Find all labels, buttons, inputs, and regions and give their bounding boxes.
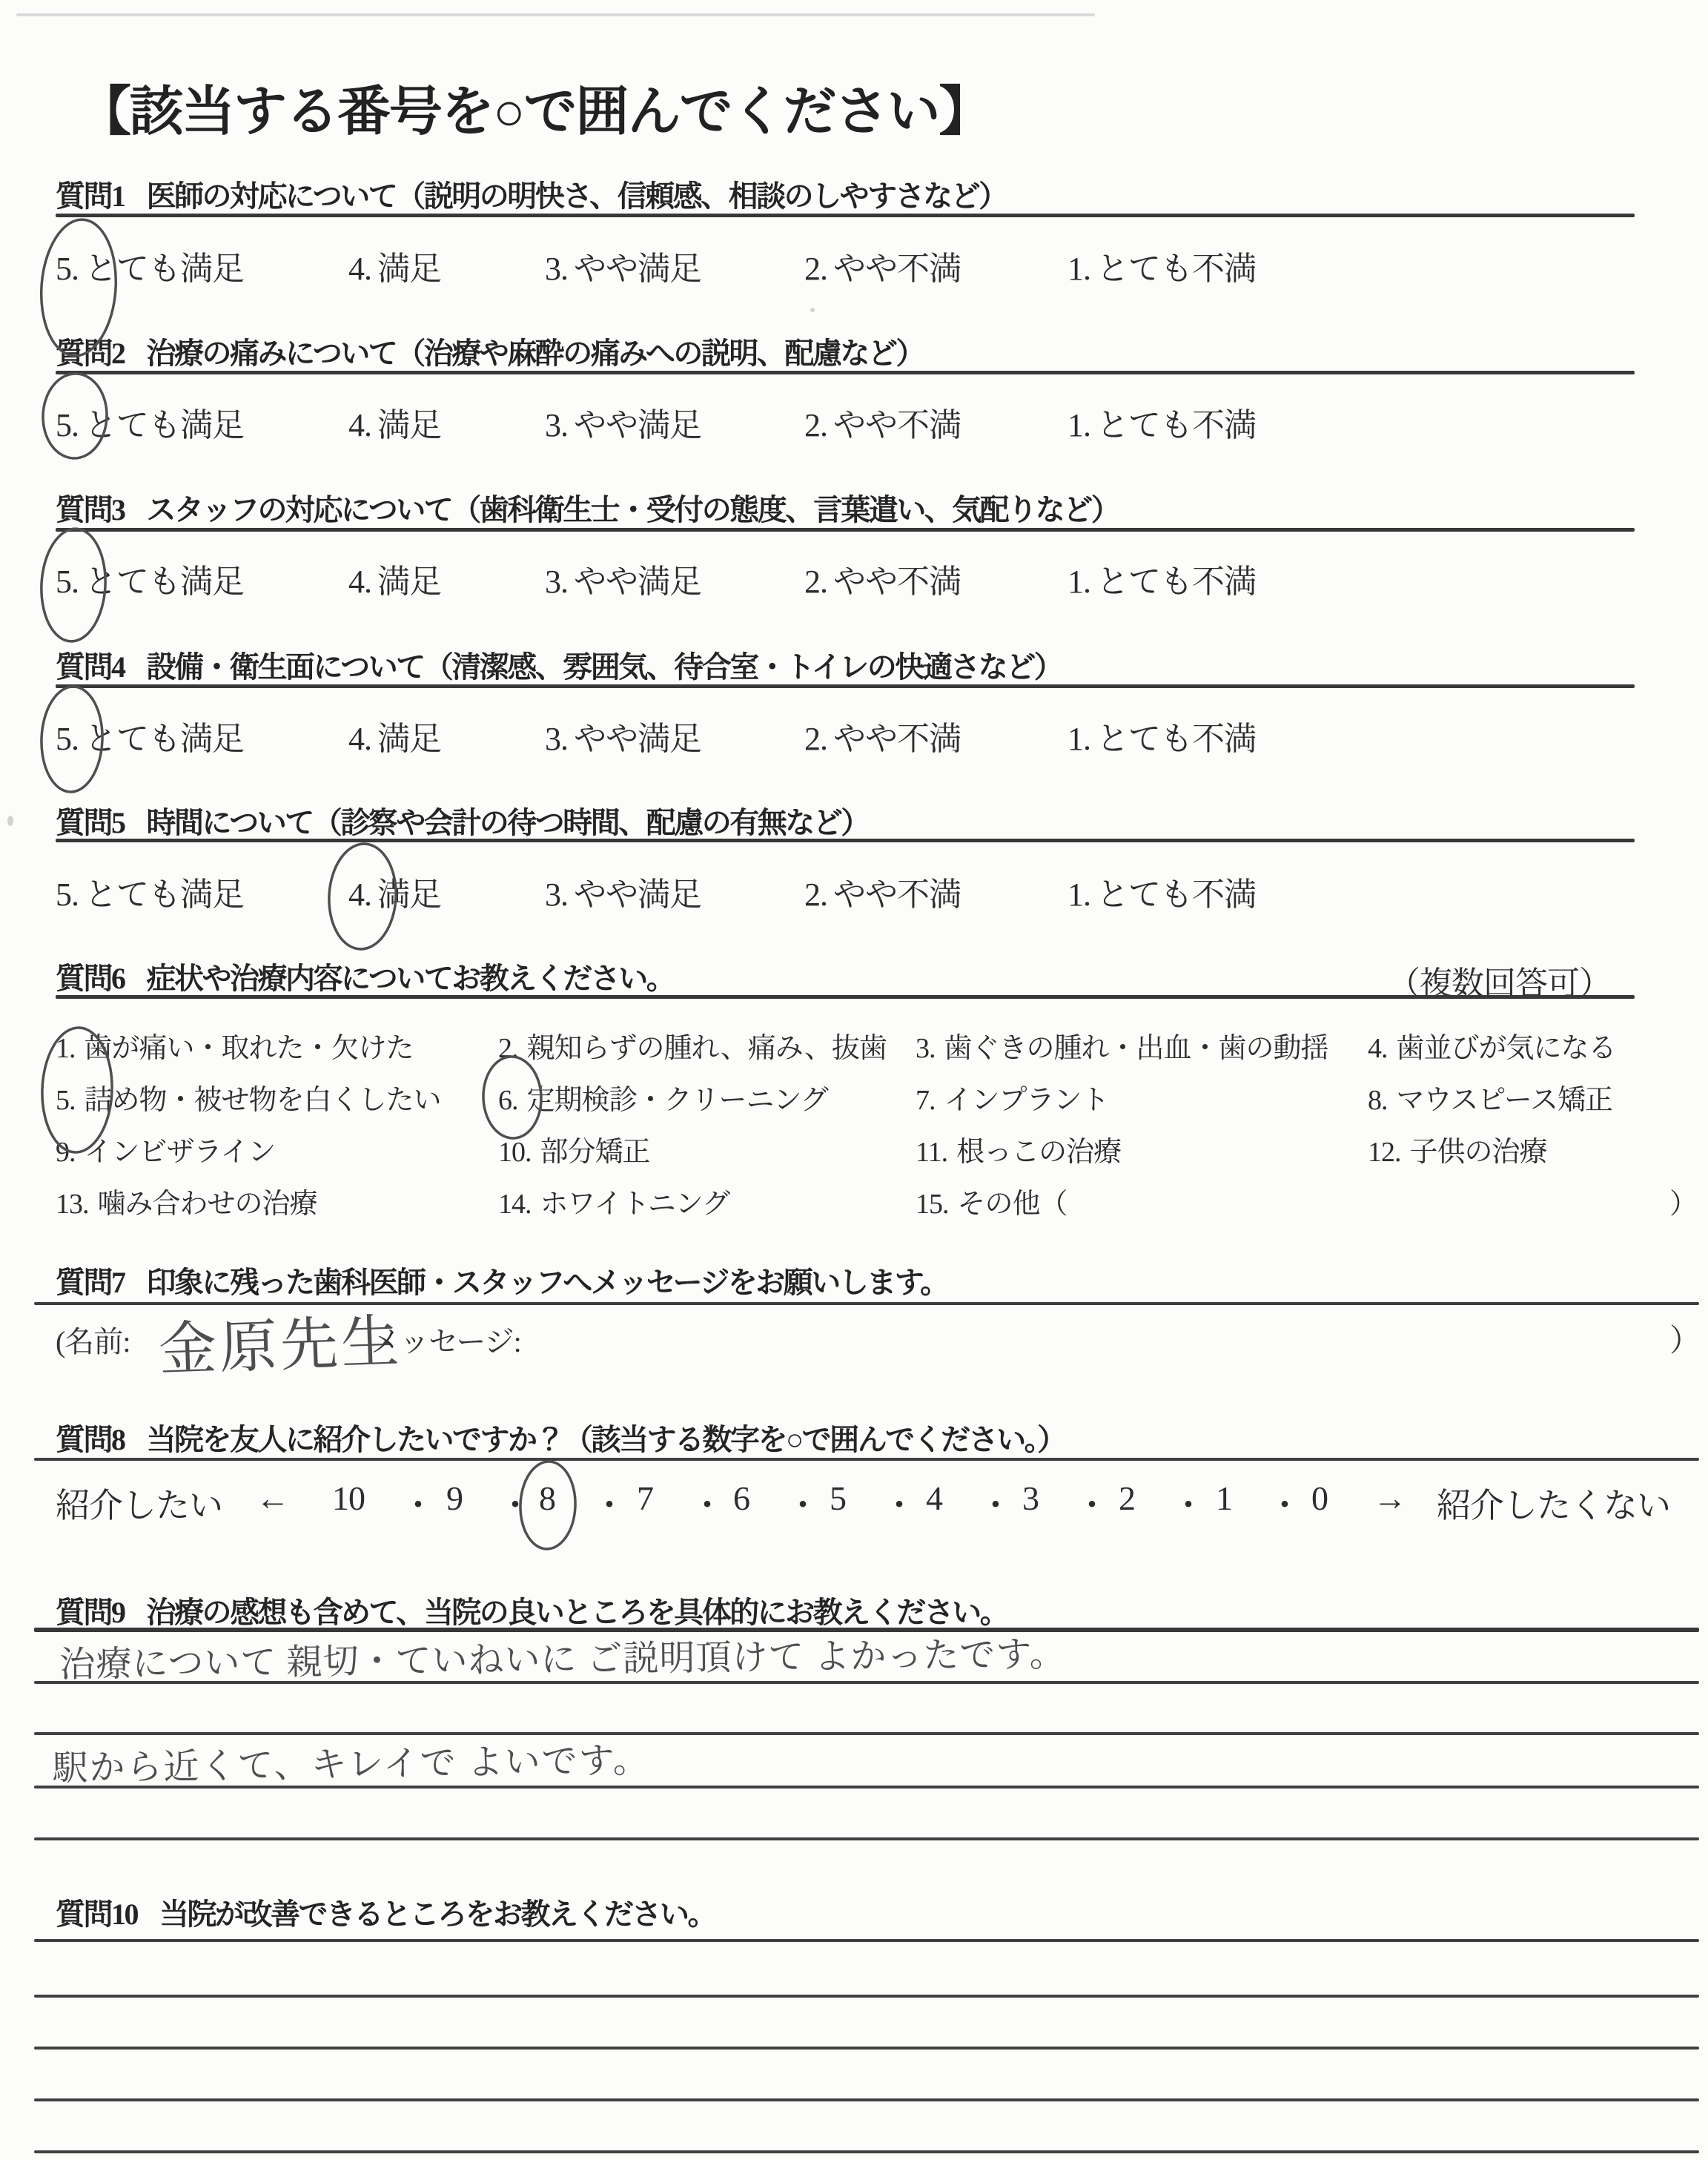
q2-option-2-num: 2. [804,407,827,443]
q1-option-4-label: 満足 [377,251,441,287]
q9-answer-line [34,1732,1699,1735]
q8-number-3: 3 [1022,1479,1039,1518]
q8-left-label: 紹介したい [56,1479,222,1527]
q6-item-1-num: 1. [56,1033,76,1064]
q3-option-4-num: 4. [348,564,371,600]
q8-number-8: 8 [539,1479,555,1518]
q8-dot-icon: ・ [1171,1479,1205,1527]
q5-option-2-num: 2. [804,876,827,913]
q6-item-4-label: 歯並びが気になる [1397,1033,1616,1064]
q1-option-5-label: とても満足 [85,251,244,287]
q3-option-5-num: 5. [56,564,79,600]
q1-option-2: 2.やや不満 [804,242,961,289]
q6-item-6-num: 6. [498,1085,518,1116]
q6-item-7-num: 7. [916,1085,936,1116]
q10-answer-line [34,2047,1699,2050]
q6-number: 質問6 [56,955,125,997]
page-title: 【該当する番号を○で囲んでください】 [78,68,991,145]
q5-number: 質問5 [56,799,125,842]
q5-option-5-label: とても満足 [85,876,244,913]
q7-number: 質問7 [56,1259,125,1301]
q4-option-2-num: 2. [804,721,827,757]
q1-option-4: 4.満足 [348,242,441,289]
q7-heading: 質問7 印象に残った歯科医師・スタッフへメッセージをお願いします。 [56,1259,948,1301]
q2-option-1-label: とても不満 [1096,407,1256,443]
q6-item-6-label: 定期検診・クリーニング [527,1085,828,1116]
q4-option-5-num: 5. [56,721,79,757]
q6-item-2: 2.親知らずの腫れ、痛み、抜歯 [498,1025,887,1066]
q6-item-15: 15.その他（ [916,1180,1067,1221]
q1-option-3-label: やや満足 [574,251,701,287]
q1-heading: 質問1 医師の対応について（説明の明快さ、信頼感、相談のしやすさなど） [56,173,1007,215]
q6-item-15-close-paren: ） [1669,1180,1697,1221]
q4-option-3-label: やや満足 [574,721,701,757]
q2-option-4-num: 4. [348,407,371,443]
q1-number: 質問1 [56,173,125,215]
q5-option-4-num: 4. [348,876,371,913]
q4-option-4-label: 満足 [377,721,441,757]
q2-divider-rule [56,371,1635,374]
q1-option-1: 1.とても不満 [1067,242,1256,289]
q6-title: 症状や治療内容についてお教えください。 [147,955,675,997]
q8-number-5: 5 [830,1479,846,1518]
q5-option-3-num: 3. [545,876,568,913]
q6-item-14: 14.ホワイトニング [498,1180,729,1221]
q10-answer-line [34,1995,1699,1998]
q4-option-2-label: やや不満 [833,721,961,757]
q8-heading: 質問8 当院を友人に紹介したいですか？（該当する数字を○で囲んでください。） [56,1416,1065,1459]
q3-option-2: 2.やや不満 [804,555,961,602]
q1-title: 医師の対応について（説明の明快さ、信頼感、相談のしやすさなど） [147,173,1007,215]
q7-title: 印象に残った歯科医師・スタッフへメッセージをお願いします。 [147,1259,948,1301]
q6-item-3: 3.歯ぐきの腫れ・出血・歯の動揺 [916,1025,1328,1066]
q10-answer-line [34,1939,1699,1942]
q8-dot-icon: ・ [1075,1479,1108,1527]
q8-number-9: 9 [446,1479,463,1518]
q8-dot-icon: ・ [979,1479,1012,1527]
q4-option-2: 2.やや不満 [804,712,961,759]
q3-option-3: 3.やや満足 [545,555,701,602]
q5-option-3-label: やや満足 [574,876,701,913]
q5-option-3: 3.やや満足 [545,868,701,915]
q3-option-1: 1.とても不満 [1067,555,1256,602]
q8-number-4: 4 [926,1479,942,1518]
q6-item-10-num: 10. [498,1137,532,1168]
q6-item-12-label: 子供の治療 [1410,1137,1547,1168]
q8-left-arrow-icon: ← [256,1479,289,1518]
q4-option-4-num: 4. [348,721,371,757]
q1-option-2-num: 2. [804,251,827,287]
q6-item-11-num: 11. [916,1137,947,1168]
q8-dot-icon: ・ [786,1479,819,1527]
q3-option-5: 5.とても満足 [56,555,244,602]
q5-option-1: 1.とても不満 [1067,868,1256,915]
q3-option-1-label: とても不満 [1096,564,1256,600]
q1-option-1-num: 1. [1067,251,1090,287]
q6-item-7-label: インプラント [944,1085,1109,1116]
q8-dot-icon: ・ [1268,1479,1301,1527]
q6-item-5-label: 詰め物・被せ物を白くしたい [85,1085,441,1116]
q6-item-8-num: 8. [1368,1085,1388,1116]
q7-close-paren: ） [1669,1316,1701,1361]
q6-item-12-num: 12. [1368,1137,1401,1168]
q6-item-9-num: 9. [56,1137,76,1168]
q8-dot-icon: ・ [401,1479,434,1527]
q2-option-3: 3.やや満足 [545,398,701,446]
q8-right-label: 紹介したくない [1437,1479,1670,1527]
q3-divider-rule [56,528,1635,532]
q8-dot-icon: ・ [592,1479,626,1527]
q2-option-1: 1.とても不満 [1067,398,1256,446]
q3-option-3-num: 3. [545,564,568,600]
q5-title: 時間について（診察や会計の待つ時間、配慮の有無など） [147,799,869,842]
q3-option-2-num: 2. [804,564,827,600]
q6-item-4: 4.歯並びが気になる [1368,1025,1616,1066]
q8-number-6: 6 [733,1479,749,1518]
q8-title: 当院を友人に紹介したいですか？（該当する数字を○で囲んでください。） [147,1416,1065,1459]
q8-number-1: 1 [1216,1479,1232,1518]
q3-option-4-label: 満足 [377,564,441,600]
q4-option-1-label: とても不満 [1096,721,1256,757]
q2-option-4: 4.満足 [348,398,441,446]
q4-heading: 質問4 設備・衛生面について（清潔感、雰囲気、待合室・トイレの快適さなど） [56,644,1062,686]
q6-item-2-label: 親知らずの腫れ、痛み、抜歯 [527,1033,887,1064]
q9-title: 治療の感想も含めて、当院の良いところを具体的にお教えください。 [147,1589,1008,1631]
q3-option-2-label: やや不満 [833,564,961,600]
q3-option-4: 4.満足 [348,555,441,602]
q5-option-4: 4.満足 [348,868,441,915]
q9-heading: 質問9 治療の感想も含めて、当院の良いところを具体的にお教えください。 [56,1589,1007,1631]
scanned-survey-page: { "page": { "title": "【該当する番号を○で囲んでください】… [0,0,1708,2160]
q6-item-1: 1.歯が痛い・取れた・欠けた [56,1025,414,1066]
q6-item-8-label: マウスピース矯正 [1397,1085,1612,1116]
q6-heading: 質問6 症状や治療内容についてお教えください。 [56,955,674,997]
q1-option-2-label: やや不満 [833,251,961,287]
q3-option-3-label: やや満足 [574,564,701,600]
q6-item-5-num: 5. [56,1085,76,1116]
q6-item-13-label: 噛み合わせの治療 [98,1189,317,1220]
q6-item-9: 9.インビザライン [56,1129,275,1169]
q6-item-7: 7.インプラント [916,1077,1109,1117]
q8-number: 質問8 [56,1416,125,1459]
q4-option-1-num: 1. [1067,721,1090,757]
q2-option-4-label: 満足 [377,407,441,443]
q1-option-3: 3.やや満足 [545,242,701,289]
scan-artifact-speck [7,816,13,826]
q2-title: 治療の痛みについて（治療や麻酔の痛みへの説明、配慮など） [147,330,924,372]
q5-option-5: 5.とても満足 [56,868,244,915]
q5-option-2-label: やや不満 [833,876,961,913]
q1-divider-rule [56,214,1635,217]
q5-option-4-label: 満足 [377,876,441,913]
q5-option-5-num: 5. [56,876,79,913]
q6-item-10: 10.部分矯正 [498,1129,650,1169]
q2-option-5-num: 5. [56,407,79,443]
q3-number: 質問3 [56,486,125,529]
q2-option-1-num: 1. [1067,407,1090,443]
q2-option-3-label: やや満足 [574,407,701,443]
q9-handwritten-answer-2: 駅から近くて、キレイで よいです。 [52,1731,650,1791]
q10-title: 当院が改善できるところをお教えください。 [159,1891,715,1933]
q5-option-1-label: とても不満 [1096,876,1256,913]
q4-option-5: 5.とても満足 [56,712,244,759]
q6-item-4-num: 4. [1368,1033,1388,1064]
q2-heading: 質問2 治療の痛みについて（治療や麻酔の痛みへの説明、配慮など） [56,330,924,372]
q9-number: 質問9 [56,1589,125,1631]
q6-item-14-num: 14. [498,1189,532,1220]
q6-item-15-label: その他（ [958,1189,1067,1220]
q2-option-2: 2.やや不満 [804,398,961,446]
q3-option-1-num: 1. [1067,564,1090,600]
q6-item-13: 13.噛み合わせの治療 [56,1180,317,1221]
q3-title: スタッフの対応について（歯科衛生士・受付の態度、言葉遣い、気配りなど） [147,486,1119,529]
q8-number-10: 10 [332,1479,365,1518]
q6-item-2-num: 2. [498,1033,518,1064]
q8-dot-icon: ・ [498,1479,532,1527]
q8-dot-icon: ・ [690,1479,724,1527]
q4-option-3: 3.やや満足 [545,712,701,759]
q8-number-0: 0 [1311,1479,1328,1518]
q6-divider-rule [56,995,1635,999]
q8-number-2: 2 [1119,1479,1135,1518]
q6-item-12: 12.子供の治療 [1368,1129,1547,1169]
q8-divider-rule [34,1458,1699,1461]
q6-item-15-num: 15. [916,1189,949,1220]
q6-item-6: 6.定期検診・クリーニング [498,1077,828,1117]
q8-dot-icon: ・ [882,1479,916,1527]
q4-option-3-num: 3. [545,721,568,757]
q4-divider-rule [56,684,1635,688]
q6-item-10-label: 部分矯正 [540,1137,650,1168]
q4-option-4: 4.満足 [348,712,441,759]
q5-heading: 質問5 時間について（診察や会計の待つ時間、配慮の有無など） [56,799,869,842]
q10-heading: 質問10 当院が改善できるところをお教えください。 [56,1891,715,1933]
q1-option-5: 5.とても満足 [56,242,244,289]
q6-item-8: 8.マウスピース矯正 [1368,1077,1612,1117]
q8-right-arrow-icon: → [1373,1479,1406,1518]
q6-item-1-label: 歯が痛い・取れた・欠けた [85,1033,414,1064]
q9-answer-line [34,1837,1699,1840]
q9-handwritten-answer-1: 治療について 親切・ていねいに ご説明頂けて よかったです。 [59,1625,1066,1687]
q6-item-11-label: 根っこの治療 [956,1137,1121,1168]
q1-option-3-num: 3. [545,251,568,287]
q5-divider-rule [56,839,1635,842]
q8-number-7: 7 [637,1479,653,1518]
q6-item-14-label: ホワイトニング [540,1189,730,1220]
q2-option-5: 5.とても満足 [56,398,244,446]
scan-artifact-top-line [16,13,1095,16]
q7-name-label: (名前: [56,1318,130,1361]
q10-number: 質問10 [56,1891,137,1933]
q5-option-1-num: 1. [1067,876,1090,913]
q1-option-5-num: 5. [56,251,79,287]
q2-option-3-num: 3. [545,407,568,443]
q6-item-3-label: 歯ぐきの腫れ・出血・歯の動揺 [944,1033,1328,1064]
q7-name-handwriting: 金原先生 [157,1295,403,1387]
q2-option-2-label: やや不満 [833,407,961,443]
q2-option-5-label: とても満足 [85,407,244,443]
q6-item-13-num: 13. [56,1189,89,1220]
q3-heading: 質問3 スタッフの対応について（歯科衛生士・受付の態度、言葉遣い、気配りなど） [56,486,1119,529]
q10-answer-line [34,2150,1699,2153]
q6-item-11: 11.根っこの治療 [916,1129,1121,1169]
q6-item-5: 5.詰め物・被せ物を白くしたい [56,1077,441,1117]
q6-item-3-num: 3. [916,1033,936,1064]
q4-title: 設備・衛生面について（清潔感、雰囲気、待合室・トイレの快適さなど） [147,644,1062,686]
q5-option-2: 2.やや不満 [804,868,961,915]
q6-item-9-label: インビザライン [85,1137,276,1168]
q7-message-label: メッセージ: [371,1318,521,1361]
q4-number: 質問4 [56,644,125,686]
q2-number: 質問2 [56,330,125,372]
q1-option-4-num: 4. [348,251,371,287]
scan-artifact-speck [810,308,815,312]
q4-option-1: 1.とても不満 [1067,712,1256,759]
q10-answer-line [34,2098,1699,2101]
q1-option-1-label: とても不満 [1096,251,1256,287]
q3-option-5-label: とても満足 [85,564,244,600]
q4-option-5-label: とても満足 [85,721,244,757]
